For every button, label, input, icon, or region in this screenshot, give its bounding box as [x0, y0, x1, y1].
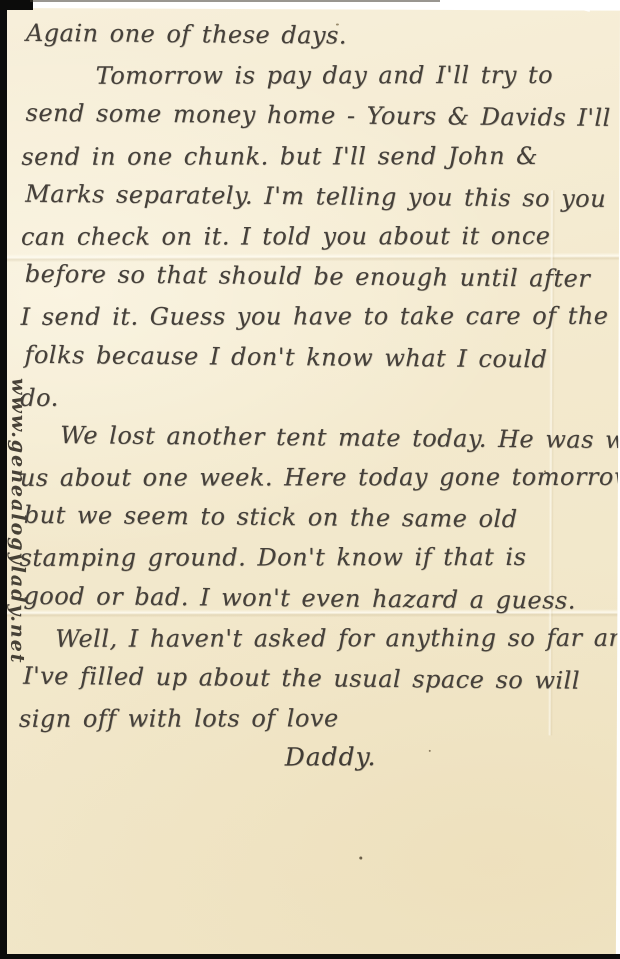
scan-edge-bottom	[0, 954, 620, 959]
letter-line: send some money home - Yours & Davids I'…	[25, 99, 609, 144]
letter-line: Marks separately. I'm telling you this s…	[25, 180, 609, 225]
letter-line: can check on it. I told you about it onc…	[21, 222, 609, 263]
letter-line: good or bad. I won't even hazard a guess…	[23, 581, 607, 626]
letter-line: I send it. Guess you have to take care o…	[21, 302, 609, 343]
letter-line: folks because I don't know what I could	[24, 340, 608, 385]
letter-scan: www.genealogylady.net Again one of these…	[0, 0, 620, 959]
letter-line: I've filled up about the usual space so …	[23, 662, 607, 707]
letter-line: Tomorrow is pay day and I'll try to	[22, 61, 610, 102]
letter-body: Again one of these days. Tomorrow is pay…	[19, 20, 610, 746]
letter-line: Again one of these days.	[26, 19, 610, 64]
signature: Daddy.	[19, 742, 377, 784]
scan-edge-left	[0, 0, 7, 959]
letter-line: Well, I haven't asked for anything so fa…	[19, 624, 607, 665]
letter-line: stamping ground. Don't know if that is	[20, 543, 608, 584]
letter-line: send in one chunk. but I'll send John &	[21, 141, 609, 182]
paper-speck	[359, 857, 362, 860]
letter-paper: www.genealogylady.net Again one of these…	[2, 8, 620, 958]
letter-line: us about one week. Here today gone tomor…	[20, 463, 608, 504]
scan-edge-top-left	[0, 0, 33, 10]
letter-line: do.	[20, 383, 608, 424]
scan-edge-top-line	[30, 0, 440, 2]
paper-speck	[429, 750, 431, 752]
letter-line: We lost another tent mate today. He was …	[24, 421, 608, 466]
letter-line: but we seem to stick on the same old	[24, 501, 608, 546]
letter-line: sign off with lots of love	[19, 704, 607, 745]
letter-line: before so that should be enough until af…	[25, 260, 609, 305]
